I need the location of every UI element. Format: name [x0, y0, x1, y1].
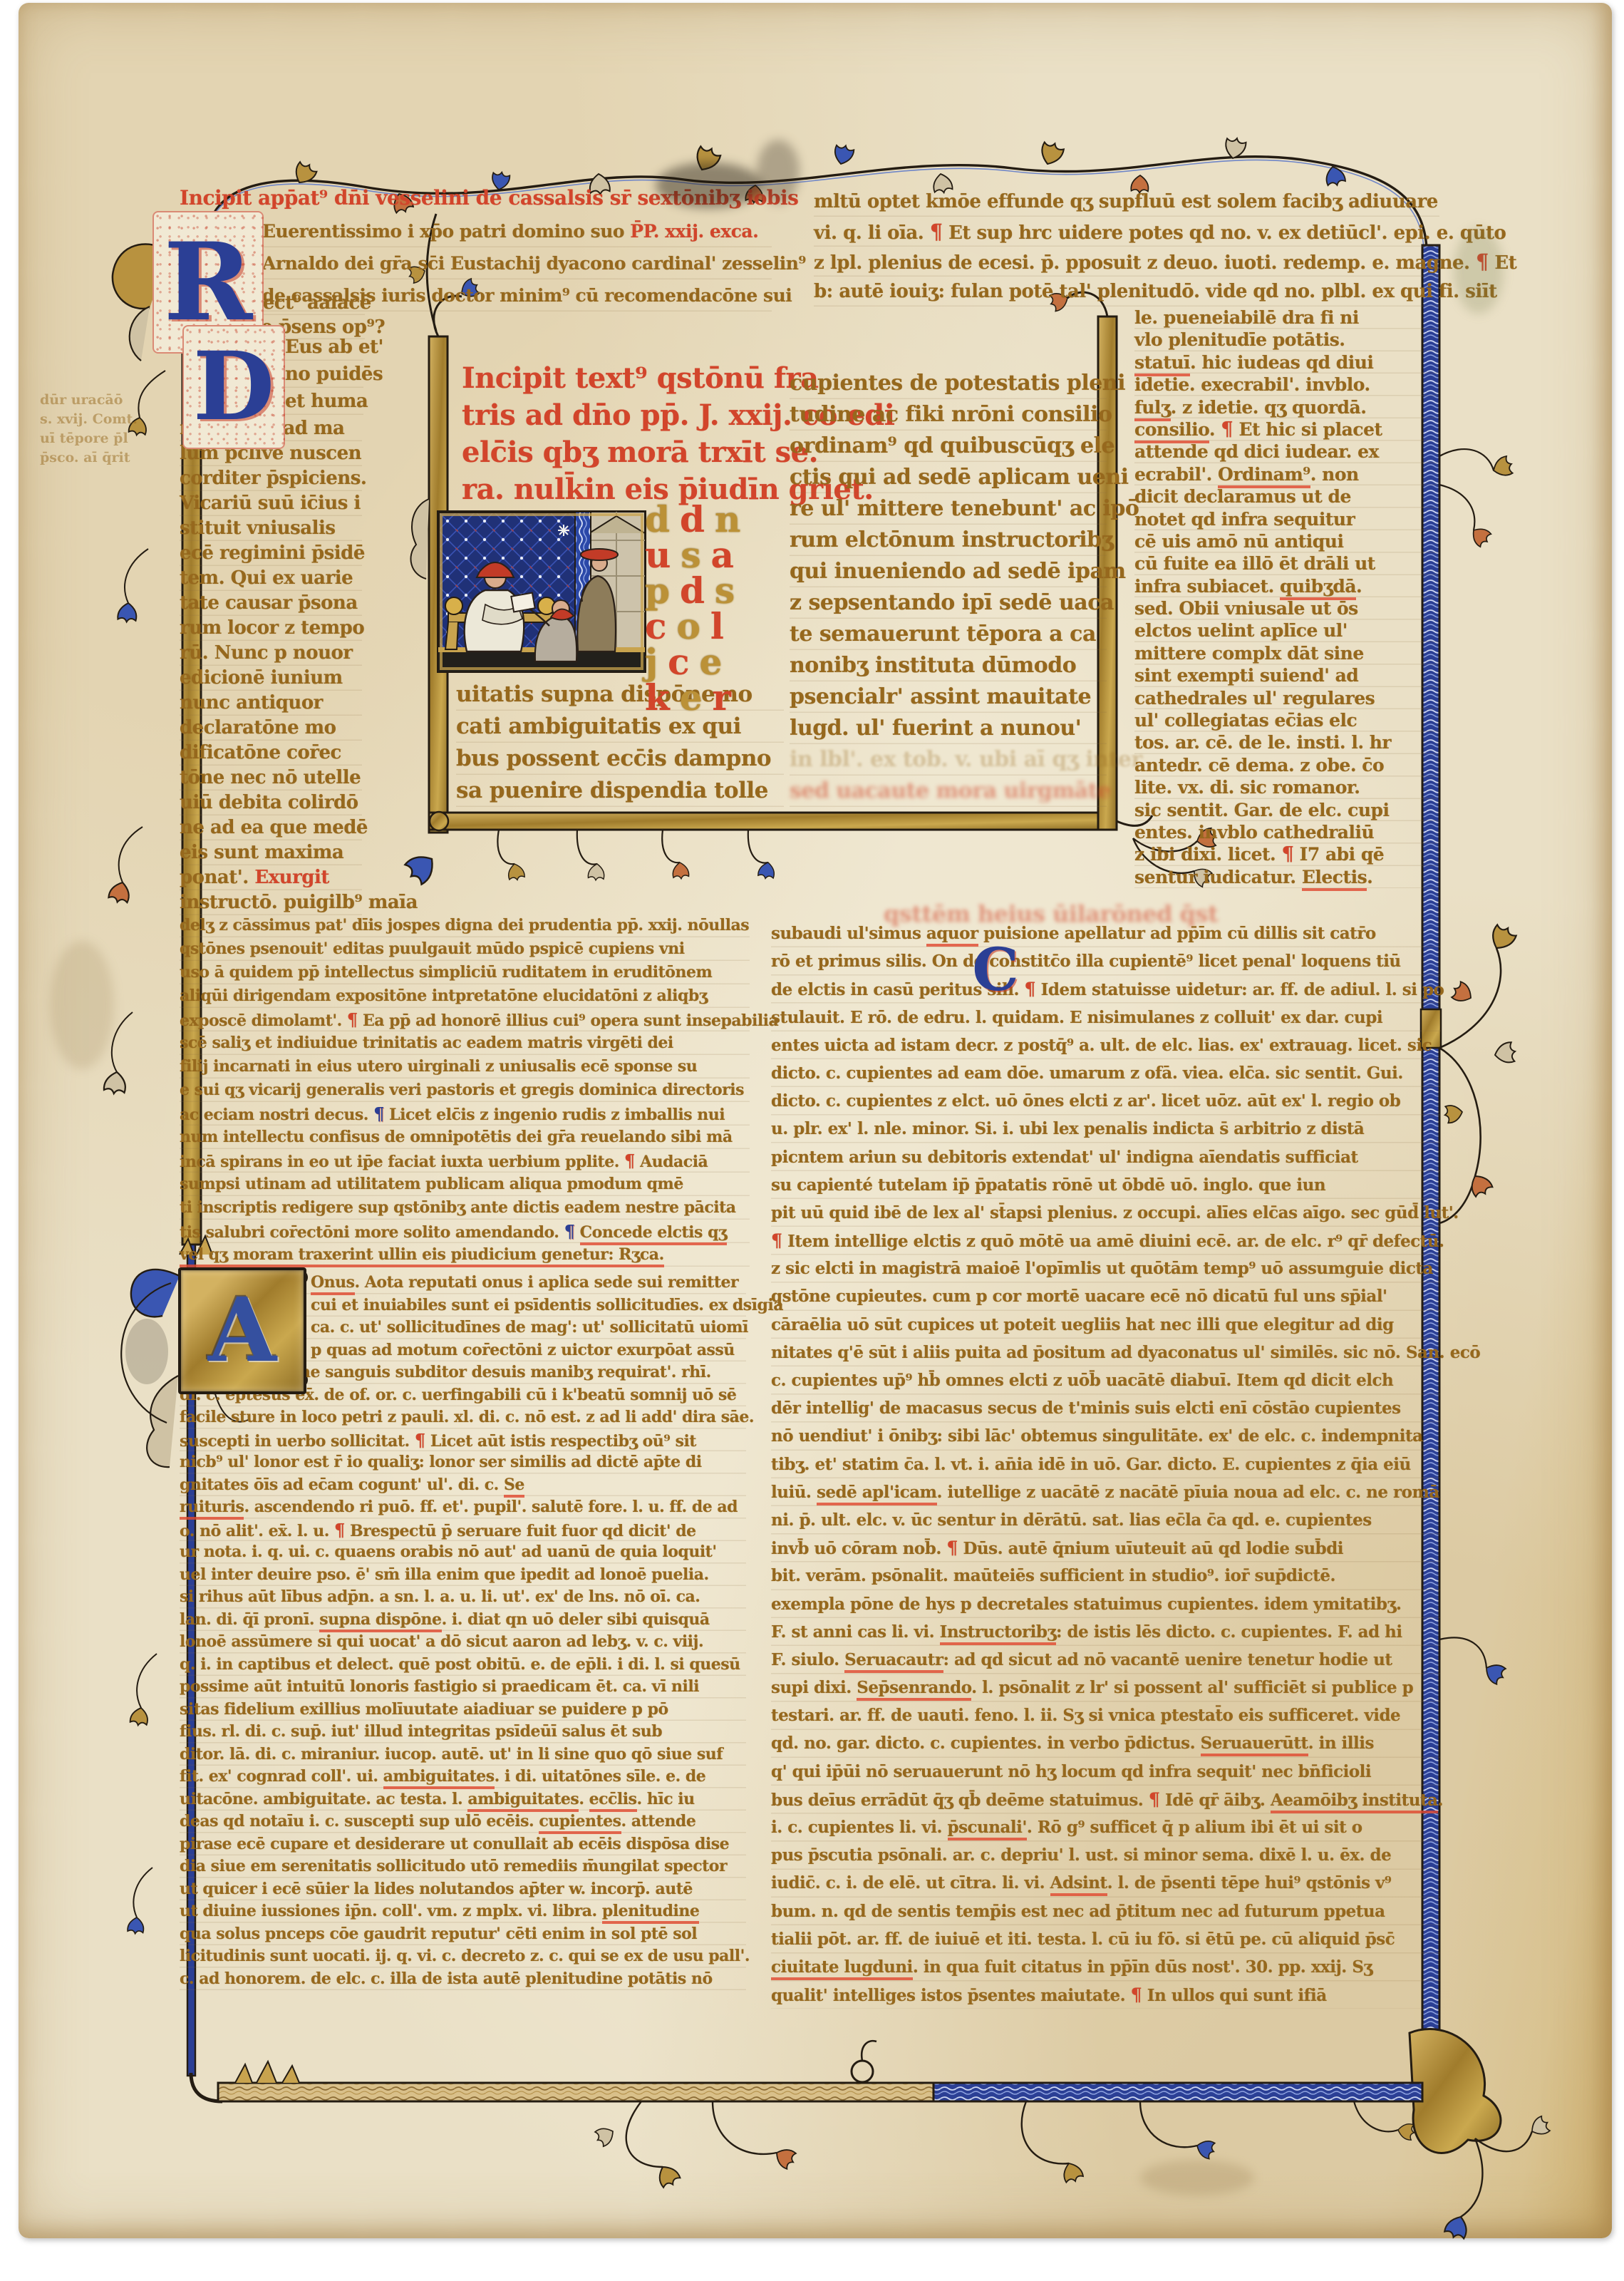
stain [1140, 2160, 1254, 2195]
text-line: rum locor z tempo [180, 616, 362, 641]
display-letters-row: pds [645, 573, 750, 609]
text-line: exempla pōne de hys p decretales statuim… [771, 1590, 1441, 1618]
text-line: qua solus pnceps cōe gaudrit reputur' cē… [180, 1923, 746, 1946]
text-line: nonibʒ instituta dūmodo [790, 650, 1107, 681]
text-line: facile sture in loco petri z pauli. xl. … [180, 1406, 746, 1429]
text-line: nō uendiut' i ōnibʒ: sibi lāc' obtemus s… [771, 1422, 1441, 1450]
text-line: exposcē dimolamt'. ¶ Ea pp̄ ad honorē il… [180, 1008, 750, 1031]
col-right: le. pueneiabilē dra fi nivlo plenitudīe … [1134, 307, 1437, 888]
text-line: qd. no. gar. dicto. c. cupientes. in ver… [771, 1729, 1441, 1757]
text-line: stulauit. E rō. de edru. l. quidam. E ni… [771, 1004, 1441, 1031]
text-line: tōne nec nō utelle [180, 766, 362, 791]
text-line: subaudi ul'simus aquor puisione apellatu… [771, 920, 1441, 947]
text-line: iudic̄. c. i. de elē. ut cītra. li. vi. … [771, 1869, 1441, 1897]
text-line: pus p̄scutia psōnali. ar. c. depriu' l. … [771, 1841, 1441, 1869]
text-line: Eus ab et' [285, 334, 363, 361]
ink-smudge [656, 163, 762, 208]
text-line: ti inscriptis redigere sup qstōnibʒ ante… [180, 1196, 750, 1220]
text-line: tris ad dn̄o pp̄. J. xxij. co edi [462, 397, 797, 434]
text-line: elc̄is qbʒ morā trxīt se. [462, 434, 797, 471]
text-line: F. st anni cas li. vi. Instructoribʒ: de… [771, 1618, 1441, 1646]
text-line: sumpsi utinam ad utilitatem publicam ali… [180, 1173, 750, 1196]
text-line: re ul' mittere tenebunt' ac ipō [790, 493, 1107, 525]
text-line: ca. c. ut' sollicitudīnes de mag': ut' s… [311, 1317, 746, 1339]
text-line: edicionē iunium [180, 666, 362, 691]
text-line: cē uis amō nū antiqui [1134, 530, 1437, 552]
frame-acanthus [410, 499, 429, 579]
text-line: delʒ z cāssimus pat' dīis jospes digna d… [180, 914, 750, 937]
text-line: uel inter deuire pso. ē' sm̄ illa enim q… [180, 1564, 746, 1587]
text-line: z sepsentando ipī sedē uaca [790, 587, 1107, 619]
text-line: invb̄ uō cōram nob̄. ¶ Dūs. autē q̄nium … [771, 1534, 1441, 1562]
text-line: gnitates ōīs ad ec̄am cogunt' ul'. di. c… [180, 1474, 746, 1497]
col-center: cupientes de potestatis plenitudine ac f… [790, 368, 1107, 807]
text-line: filij incarnati in eius utero uirginali … [180, 1055, 750, 1078]
text-line: ut quicer i ecē sūier la lides nolutando… [180, 1878, 746, 1901]
text-line: ctis qui ad sedē aplicam ueni [790, 462, 1107, 493]
book-icon [511, 593, 534, 612]
ink-smudge [757, 140, 800, 204]
text-line: u. plr. ex' l. nle. minor. Si. i. ubi le… [771, 1115, 1441, 1143]
text-line: qui inueniendo ad sedē ipam [790, 556, 1107, 587]
text-line: antedr. cē dema. z obe. c̄o [1134, 754, 1437, 776]
text-line: cū fuite ea illō ēt drāli ut [1134, 552, 1437, 575]
text-line: elctos uelint aplīce ul' [1134, 619, 1437, 642]
text-line: tem. Qui ex uarie [180, 566, 362, 591]
cardinal-hat-icon [581, 549, 618, 560]
text-line: luiū. sedē apl'icam. iutellige z uacātē … [771, 1478, 1441, 1506]
text-line: tudine ac fiki nrōni consilio [790, 399, 1107, 431]
text-line: ponat'. Exurgit [180, 865, 362, 890]
text-line: z lpl. plenius de ecesi. p̄. pposuit z d… [814, 247, 1439, 277]
incipit-rubric: Incipit text⁹ qstōnū fratris ad dn̄o pp̄… [462, 360, 797, 508]
block-mid-left: delʒ z cāssimus pat' dīis jospes digna d… [180, 914, 750, 1267]
initial-d: D [182, 325, 285, 449]
text-line: entes. invblo cathedraliū [1134, 821, 1437, 843]
text-line: ut diuine iussiones ip̄n. coll'. vm. z m… [180, 1900, 746, 1923]
col-lower-right: subaudi ul'simus aquor puisione apellatu… [771, 920, 1441, 2009]
text-line: z sic elcti in magistrā maioē l'opīmlis … [771, 1255, 1441, 1282]
text-line: sitas fidelium exillius molīuutate aiadi… [180, 1699, 746, 1721]
text-line: c. ad honorem. de elc. c. illa de ista a… [180, 1968, 746, 1991]
text-line: su capienté tutelam ip̄ p̄patatis rōnē u… [771, 1171, 1441, 1199]
text-line: ditor. lā. di. c. miraniur. iucop. autē.… [180, 1744, 746, 1766]
text-line: cāraēlia uō sūt cupices ut poteit ueglii… [771, 1311, 1441, 1339]
text-line: Euerentissimo i xp̄o patri domino suo P̄… [262, 215, 772, 247]
text-line: tos. ar. cē. de le. insti. l. hr [1134, 731, 1437, 753]
text-line: possime aūt intuitū lonoris fastigio si … [180, 1676, 746, 1699]
text-line: nitates q'ē sūt i aliis puita ad p̄ositu… [771, 1339, 1441, 1366]
text-line: declaratōne mo [180, 716, 362, 741]
text-line: suscepti in uerbo sollicitat. ¶ Licet aū… [180, 1429, 746, 1452]
text-line: deas qd notaīu i. c. suscepti sup ulō ec… [180, 1811, 746, 1833]
text-line: ne ad ea que medē [180, 815, 362, 840]
text-line: sic sentit. Gar. de elc. cupi [1134, 799, 1437, 821]
text-line: e sui qʒ vicarij generalis veri pastoris… [180, 1078, 750, 1102]
hanging-vine [626, 2101, 1197, 2167]
text-line: num intellectu confisus de omnipotētis d… [180, 1126, 750, 1149]
text-line: Incipit text⁹ qstōnū fra [462, 360, 797, 397]
text-line: picntem ariun su debitoris extendat' ul'… [771, 1143, 1441, 1171]
text-line: ruituris. ascendendo ri puō. ff. et'. pu… [180, 1496, 746, 1519]
margin-stem [112, 371, 165, 1917]
text-line: sa puenire dispendia tolle [456, 775, 784, 807]
text-line: bum. n. qd de sentis temp̄is est nec ad … [771, 1898, 1441, 1925]
text-line: cupientes de potestatis pleni [790, 368, 1107, 399]
display-letters-row: jce [645, 644, 750, 680]
text-line: lonoē assūmere si qui uocat' a dō sicut … [180, 1631, 746, 1654]
text-line: qualit' intelliges istos p̄sentes maiuta… [771, 1981, 1441, 2009]
text-line: supi dixi. Sep̄senrando. l. psōnalit z l… [771, 1674, 1441, 1701]
text-line: uiū debita colirdō [180, 791, 362, 815]
display-letters-row: usa [645, 537, 750, 573]
text-line: q. i. in captibus et delect. quē post ob… [180, 1654, 746, 1677]
text-line: ul' collegiatas ec̄ias elc [1134, 709, 1437, 731]
text-line: fit. ex' cognrad coll'. ui. ambiguitates… [180, 1766, 746, 1788]
text-line: vel qʒ moram traxerint ullin eis piudici… [180, 1243, 750, 1267]
text-line: ciuitate lugduni. in qua fuit citatus in… [771, 1953, 1441, 1981]
text-line: mittere complx dāt sine [1134, 642, 1437, 664]
lion-finial-icon [445, 597, 462, 614]
text-line: p̄sco. aī q̄rit [40, 448, 175, 468]
text-line: instructō. puigilb⁹ maīa [180, 890, 362, 915]
text-line: sed. Obii vniusale ut ōs [1134, 597, 1437, 619]
text-line: cui et inuiabiles sunt ei psīdentis soll… [311, 1294, 746, 1317]
spiky-leaves [235, 2061, 299, 2083]
text-line: rū. Nunc p nouor [180, 641, 362, 666]
text-line: bus deīus errādūt q̄ʒ qb̄ deēme statuimu… [771, 1786, 1441, 1813]
text-line: sed uacaute mora uirgmāte [790, 776, 1107, 807]
text-line: consilio. ¶ Et hic si placet [1134, 418, 1437, 441]
text-line: vi. q. li oīa. ¶ Et sup hrc uidere potes… [814, 217, 1439, 247]
text-line: F. siulo. Seruacautr: ad qd sicut ad nō … [771, 1646, 1441, 1674]
text-line: et huma [285, 388, 363, 415]
initial-a-gold-panel: A [178, 1267, 306, 1394]
text-line: ecē regimini p̄sidē [180, 541, 362, 566]
text-line: bit. verām. psōnalit. maūteiēs sufficien… [771, 1562, 1441, 1590]
text-line: rō et primus silis. On de constitc̄o ill… [771, 947, 1441, 975]
text-line: ur nota. i. q. ui. c. quaens orabis nō a… [180, 1541, 746, 1564]
text-line: lugd. ul' fuerint a nunou' [790, 713, 1107, 744]
initial-c-blue: C [972, 939, 1019, 1001]
text-line: statuī. hic iudeas qd diui [1134, 351, 1437, 374]
star-icon [558, 525, 569, 536]
text-line: attende qd dici iudear. ex [1134, 441, 1437, 463]
col-left-beside-d: Eus ab et'no puidēset huma [285, 334, 363, 415]
text-line: incā spirans in eo ut ip̄e faciat iuxta … [180, 1149, 750, 1173]
text-line: uitacōne. ambiguitate. ac testa. l. ambi… [180, 1788, 746, 1811]
text-line: bus possent ecc̄is dampno [456, 743, 784, 775]
text-line: de elctis in casū peritus sili. ¶ Idem s… [771, 975, 1441, 1003]
text-line: c. cupientes up̄⁹ hb̄ omnes elcti z uōb̄… [771, 1366, 1441, 1394]
text-line: qstōnes psenouit' editas puulgauit mūdo … [180, 937, 750, 961]
text-line: lan. di. q̄ī pronī. supna dispōne. i. di… [180, 1609, 746, 1632]
text-line: tate causar p̄sona [180, 591, 362, 616]
manuscript-page-photo: Incipit app̄at⁹ dn̄i vesselini de cassal… [0, 0, 1624, 2281]
text-line: Vicariū suū ic̄ius i [180, 491, 362, 516]
text-line: ecrabil'. Ordinam⁹. non [1134, 463, 1437, 485]
text-line: lite. vx. di. sic romanor. [1134, 776, 1437, 798]
text-line: stituit vniusalis [180, 516, 362, 541]
text-line: nunc antiquor [180, 691, 362, 716]
text-line: z ibi dixi. licet. ¶ I7 abi qē [1134, 843, 1437, 865]
text-line: infra subiacet. quibʒdā. [1134, 575, 1437, 597]
text-line: ni. p̄. ult. elc. v. ūc sentur in dērātū… [771, 1506, 1441, 1534]
text-line: le. pueneiabilē dra fi ni [1134, 307, 1437, 329]
text-line: dicto. c. cupientes ad eam dōe. umarum z… [771, 1059, 1441, 1087]
text-line: psencialr' assint mauitate [790, 681, 1107, 713]
text-line: tis salubri cor̄ectōni more solito amend… [180, 1220, 750, 1243]
text-line: sint exempti suiend' ad [1134, 664, 1437, 686]
text-line: dēr intellig' de macasus secus de t'mini… [771, 1394, 1441, 1422]
text-line: testari. ar. ff. de uauti. feno. l. ii. … [771, 1701, 1441, 1729]
text-line: ¶ Item intellige elctis z quō mōtē ua am… [771, 1227, 1441, 1255]
text-line: Onus. Aota reputati onus i aplica sede s… [311, 1272, 746, 1294]
text-line: aliqūi dirigendam expositōne intpretatōn… [180, 984, 750, 1008]
text-line: tibʒ. et' statim c̄a. l. vt. i. an̄ia id… [771, 1451, 1441, 1478]
text-line: nicb⁹ ul' lonor est r̄ io qualiʒ: lonor … [180, 1451, 746, 1474]
stain [1454, 228, 1504, 314]
text-line: o. nō alit'. ex̄. l. u. ¶ Brespectū p̄ s… [180, 1519, 746, 1542]
text-line: dificatōne cor̄ec [180, 741, 362, 766]
ivy-spray [1439, 948, 1501, 1223]
text-line: entes uicta ad istam decr. z postq̄⁹ a. … [771, 1031, 1441, 1059]
text-line: q' qui ip̄ūi nō seruauerunt nō hʒ locum … [771, 1758, 1441, 1786]
text-line: qstōne cupieutes. cum p cor mortē uacare… [771, 1282, 1441, 1310]
block-top-right: mltū optet kmōe effunde qʒ supfluū est s… [814, 187, 1439, 307]
text-line: si rihus aūt lībus adp̄n. a sn. l. a. u.… [180, 1586, 746, 1609]
text-line: uso ā quidem pp̄ intellectus simpliciū r… [180, 961, 750, 984]
text-line: corditer p̄spiciens. [180, 466, 362, 491]
text-line: b: autē iouiʒ: fulan potē tal' plenitudō… [814, 277, 1439, 307]
text-line: fius. rl. di. c. sup̄. iut' illud integr… [180, 1721, 746, 1744]
text-line: ac eciam nostri decus. ¶ Licet elc̄is z … [180, 1102, 750, 1126]
text-line: cathedrales ul' regulares [1134, 687, 1437, 709]
display-letters-row: ddn [645, 502, 750, 537]
text-line: rum elctōnum instructoribʒ [790, 525, 1107, 556]
text-line: licitudinis sunt uocati. ij. q. vi. c. d… [180, 1945, 746, 1968]
text-line: in lbl'. ex tob. v. ubi aī qʒ inter [790, 744, 1107, 776]
text-line: p quas ad motum cor̄ectōni z uictor exur… [311, 1339, 746, 1362]
text-line: eis sunt maxima [180, 840, 362, 865]
text-line: mltū optet kmōe effunde qʒ supfluū est s… [814, 187, 1439, 217]
text-line: Arnaldo dei gr̄a sc̄i Eustachij dyacono … [262, 247, 772, 279]
col-left-narrow: ne nature ad malum p̄clive nuscencordite… [180, 416, 362, 915]
text-line: idetie. execrabil'. invblo. [1134, 374, 1437, 396]
text-line: no puidēs [285, 361, 363, 388]
text-line: dia siue em serenitatis sollicitudo utō … [180, 1855, 746, 1878]
text-line: notet qd infra sequitur [1134, 508, 1437, 530]
text-line: pit uū quid ibē de lex al' st̄apsi pleni… [771, 1199, 1441, 1227]
text-line: fulʒ. z idetie. qʒ quordā. [1134, 396, 1437, 418]
display-letters-row: ker [645, 680, 750, 716]
text-line: dūr uracāō [40, 391, 175, 410]
text-line: dicit declaramus ut de [1134, 485, 1437, 508]
text-line: scē saliʒ et indiuidue trinitatis ac ead… [180, 1031, 750, 1055]
text-line: ordinam⁹ qd quibuscūqʒ ele [790, 431, 1107, 462]
display-letters-row: col [645, 609, 750, 644]
text-line: vlo plenitudīe potātis. [1134, 329, 1437, 351]
text-line: pirase ecē cupare et desiderare ut conul… [180, 1833, 746, 1856]
marginal-note: dūr uracāōs. xvij. Comt.uī tēpore p̄lp̄s… [40, 391, 175, 468]
text-line: tialii pōt. ar. ff. de iuiuē et iti. tes… [771, 1925, 1441, 1953]
display-letters-panel: ddnusapdscoljceker [645, 502, 750, 716]
stain [50, 941, 114, 1069]
text-line: dicto. c. cupientes z elct. uō ōnes elct… [771, 1087, 1441, 1115]
text-line: i. c. cupientes li. vi. p̄scunali'. Rō g… [771, 1813, 1441, 1841]
text-line: te semauerunt tēpora a ca [790, 619, 1107, 650]
text-line: s. xvij. Comt. [40, 410, 175, 429]
miniature-pope-scene [438, 512, 645, 671]
text-line: sentur iudicatur. Electis. [1134, 866, 1437, 888]
text-line: uī tēpore p̄l [40, 429, 175, 448]
